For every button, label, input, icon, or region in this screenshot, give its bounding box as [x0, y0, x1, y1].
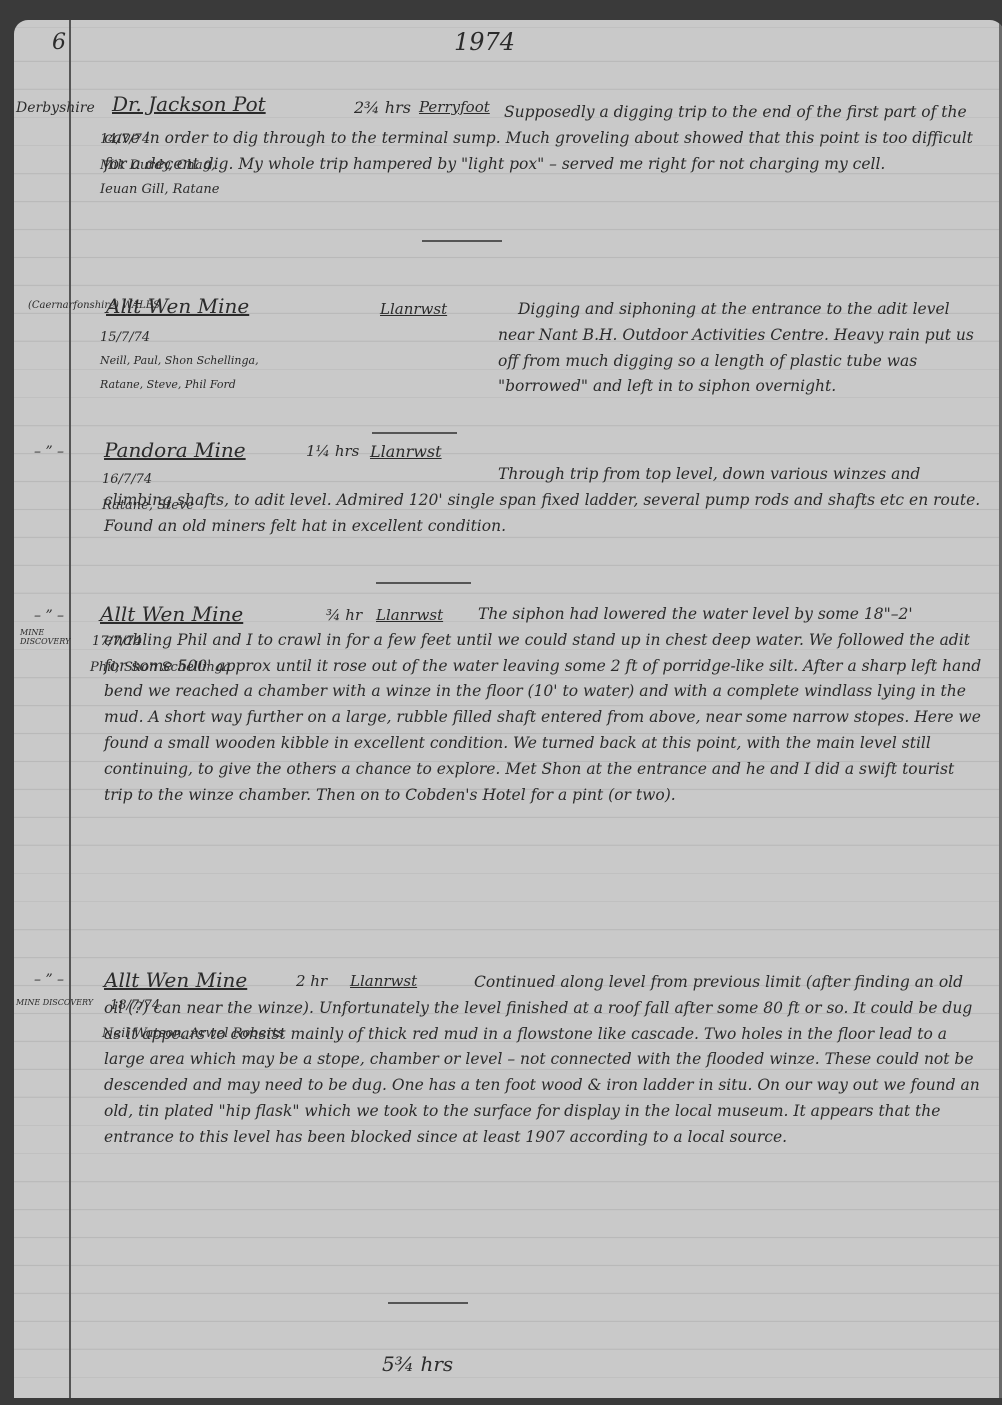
entry-party-line: Ratane, Steve, Phil Ford: [100, 378, 236, 391]
entry-party-line: Ieuan Gill, Ratane: [100, 182, 219, 197]
entry-divider: [376, 582, 471, 584]
margin-line: [69, 20, 71, 1398]
entry-notes: The siphon had lowered the water level b…: [104, 602, 984, 808]
page-number: 6: [52, 30, 66, 55]
entry-region: – ” –: [34, 444, 64, 460]
notebook-page: 6 1974 Derbyshire Dr. Jackson Pot 2¾ hrs…: [14, 20, 1002, 1398]
entry-divider: [388, 1302, 468, 1304]
entry-location: Llanrwst: [370, 442, 442, 461]
entry-site: Pandora Mine: [104, 438, 246, 462]
entry-party-line: Neill, Paul, Shon Schellinga,: [100, 354, 259, 367]
entry-notes: Continued along level from previous limi…: [104, 970, 984, 1151]
total-hours: 5¾ hrs: [382, 1352, 453, 1376]
entry-notes: Supposedly a digging trip to the end of …: [104, 100, 974, 177]
year-heading: 1974: [454, 28, 515, 56]
entry-notes: Digging and siphoning at the entrance to…: [498, 297, 978, 400]
entry-divider: [372, 432, 457, 434]
entry-location: Llanrwst: [380, 300, 447, 318]
entry-divider: [422, 240, 502, 242]
entry-region: – ” –: [34, 972, 64, 988]
entry-date: 15/7/74: [100, 330, 150, 345]
entry-notes: Through trip from top level, down variou…: [104, 462, 984, 539]
entry-duration: 1¼ hrs: [306, 442, 359, 460]
entry-site: Allt Wen Mine: [106, 294, 249, 318]
mine-discovery-tag: MINE DISCOVERY: [16, 998, 93, 1007]
entry-region: Derbyshire: [16, 100, 95, 116]
entry-region: – ” –: [34, 608, 64, 624]
mine-discovery-tag: MINE DISCOVERY: [20, 628, 70, 646]
